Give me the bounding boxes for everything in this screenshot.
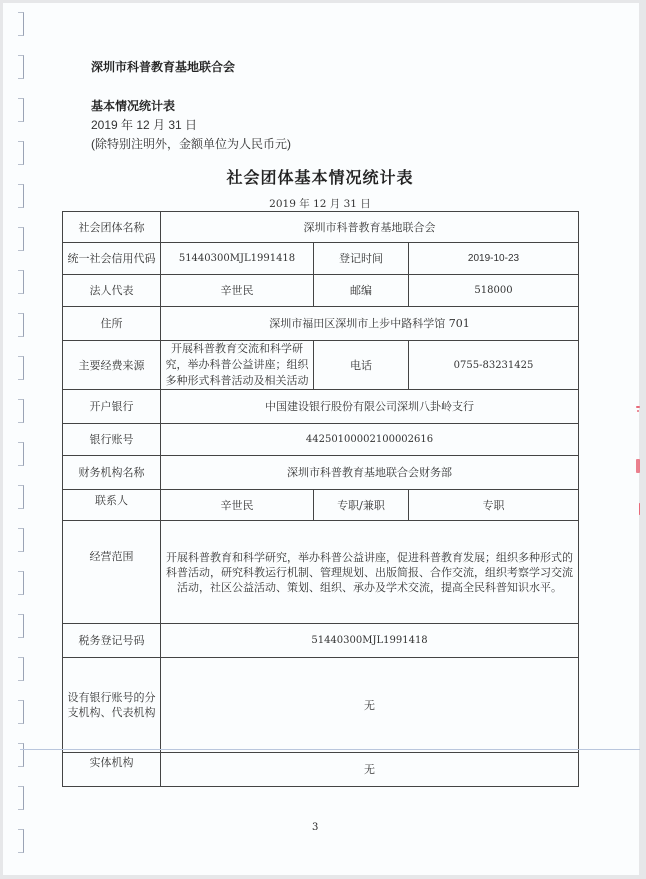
binding-mark [18, 657, 24, 681]
red-stamp-fragment [639, 503, 640, 515]
label-org-name: 社会团体名称 [63, 212, 161, 243]
red-stamp-fragment [636, 459, 640, 473]
value-tax-id: 51440300MJL1991418 [161, 624, 579, 658]
value-account: 44250100002100002616 [161, 424, 579, 456]
binding-mark [18, 270, 24, 294]
table-row: 设有银行账号的分支机构、代表机构 无 [63, 658, 579, 753]
document-header: 深圳市科普教育基地联合会 基本情况统计表 2019 年 12 月 31 日 (除… [91, 58, 291, 152]
value-entities: 无 [161, 753, 579, 787]
label-phone: 电话 [314, 341, 409, 390]
value-credit-code: 51440300MJL1991418 [161, 243, 314, 275]
value-address: 深圳市福田区深圳市上步中路科学馆 701 [161, 307, 579, 341]
binding-mark [18, 227, 24, 251]
binding-mark [18, 55, 24, 79]
red-stamp-fragment [637, 410, 639, 412]
label-scope: 经营范围 [63, 521, 161, 624]
table-row: 住所 深圳市福田区深圳市上步中路科学馆 701 [63, 307, 579, 341]
label-credit-code: 统一社会信用代码 [63, 243, 161, 275]
table-row: 主要经费来源 开展科普教育交流和科学研究，举办科普公益讲座；组织多种形式科普活动… [63, 341, 579, 390]
label-bank: 开户银行 [63, 390, 161, 424]
binding-mark [18, 571, 24, 595]
binding-mark [18, 786, 24, 810]
label-postcode: 邮编 [314, 275, 409, 307]
label-address: 住所 [63, 307, 161, 341]
table-row: 实体机构 无 [63, 753, 579, 787]
binding-mark [18, 485, 24, 509]
table-row: 开户银行 中国建设银行股份有限公司深圳八卦岭支行 [63, 390, 579, 424]
binding-mark [18, 141, 24, 165]
table-date: 2019 年 12 月 31 日 [0, 196, 640, 211]
binding-mark [18, 12, 24, 36]
table-row: 统一社会信用代码 51440300MJL1991418 登记时间 2019-10… [63, 243, 579, 275]
binding-mark [18, 829, 24, 853]
label-funding: 主要经费来源 [63, 341, 161, 390]
value-legal-rep: 辛世民 [161, 275, 314, 307]
label-legal-rep: 法人代表 [63, 275, 161, 307]
report-subtitle: 基本情况统计表 [91, 97, 291, 114]
binding-mark [18, 442, 24, 466]
table-title: 社会团体基本情况统计表 [0, 165, 640, 188]
table-row: 银行账号 44250100002100002616 [63, 424, 579, 456]
value-org-name: 深圳市科普教育基地联合会 [161, 212, 579, 243]
value-bank: 中国建设银行股份有限公司深圳八卦岭支行 [161, 390, 579, 424]
red-stamp-fragment [636, 406, 640, 408]
binding-mark [18, 399, 24, 423]
binding-mark [18, 356, 24, 380]
value-funding: 开展科普教育交流和科学研究，举办科普公益讲座；组织多种形式科普活动及相关活动 [161, 341, 314, 390]
table-row: 社会团体名称 深圳市科普教育基地联合会 [63, 212, 579, 243]
label-branches: 设有银行账号的分支机构、代表机构 [63, 658, 161, 753]
scan-artifact-line [20, 749, 640, 750]
value-registration-date: 2019-10-23 [409, 243, 579, 275]
table-row: 财务机构名称 深圳市科普教育基地联合会财务部 [63, 456, 579, 490]
label-finance-dept: 财务机构名称 [63, 456, 161, 490]
binding-mark [18, 98, 24, 122]
value-employment-type: 专职 [409, 490, 579, 521]
binding-mark [18, 313, 24, 337]
currency-note: (除特别注明外，金额单位为人民币元) [91, 135, 291, 152]
value-branches: 无 [161, 658, 579, 753]
label-employment-type: 专职/兼职 [314, 490, 409, 521]
page-number: 3 [312, 822, 318, 833]
value-contact: 辛世民 [161, 490, 314, 521]
binding-mark [18, 528, 24, 552]
org-name-heading: 深圳市科普教育基地联合会 [91, 58, 291, 75]
label-entities: 实体机构 [63, 753, 161, 787]
label-tax-id: 税务登记号码 [63, 624, 161, 658]
binding-mark [18, 743, 24, 767]
report-date: 2019 年 12 月 31 日 [91, 116, 291, 133]
label-registration-date: 登记时间 [314, 243, 409, 275]
value-finance-dept: 深圳市科普教育基地联合会财务部 [161, 456, 579, 490]
table-row: 经营范围 开展科普教育和科学研究，举办科普公益讲座，促进科普教育发展；组织多种形… [63, 521, 579, 624]
table-row: 税务登记号码 51440300MJL1991418 [63, 624, 579, 658]
value-postcode: 518000 [409, 275, 579, 307]
binding-mark [18, 700, 24, 724]
binding-mark [18, 614, 24, 638]
table-row: 法人代表 辛世民 邮编 518000 [63, 275, 579, 307]
table-row: 联系人 辛世民 专职/兼职 专职 [63, 490, 579, 521]
basic-info-table: 社会团体名称 深圳市科普教育基地联合会 统一社会信用代码 51440300MJL… [62, 211, 579, 787]
value-phone: 0755-83231425 [409, 341, 579, 390]
label-contact: 联系人 [63, 490, 161, 521]
value-scope: 开展科普教育和科学研究，举办科普公益讲座，促进科普教育发展；组织多种形式的科普活… [161, 521, 579, 624]
label-account: 银行账号 [63, 424, 161, 456]
